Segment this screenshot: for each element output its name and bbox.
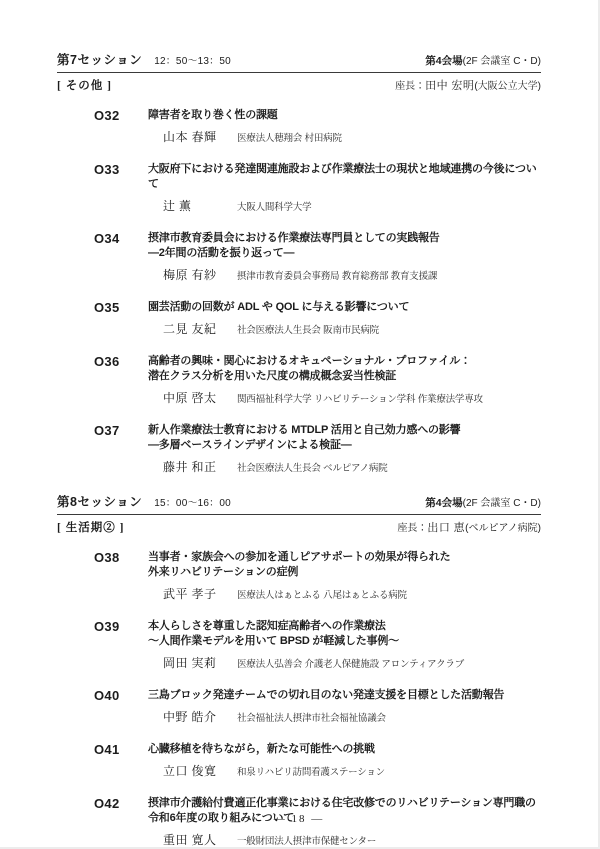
presenter-affiliation: 和泉リハビリ訪問看護ステーション bbox=[237, 766, 385, 780]
presenter-name: 岡田 実莉 bbox=[163, 656, 237, 670]
entry-number: O38 bbox=[94, 550, 148, 565]
presenter-affiliation: 関西福祉科学大学 リハビリテーション学科 作業療法学専攻 bbox=[237, 393, 483, 407]
entry-title: 当事者・家族会への参加を通しピアサポートの効果が得られた外来リハビリテーションの… bbox=[148, 550, 450, 580]
presenter-affiliation: 医療法人はぁとふる 八尾はぁとふる病院 bbox=[237, 589, 407, 603]
entry-title-line: 三島ブロック発達チームでの切れ目のない発達支援を目標とした活動報告 bbox=[148, 688, 504, 703]
entry-title-row: O41 心臓移植を待ちながら，新たな可能性への挑戦 bbox=[94, 742, 541, 757]
session-divider bbox=[57, 514, 541, 515]
program-entry: O37 新人作業療法士教育における MTDLP 活用と自己効力感への影響―多層ベ… bbox=[94, 423, 541, 476]
presenter-affiliation: 社会福祉法人摂津市社会福祉協議会 bbox=[237, 712, 386, 726]
entry-title: 摂津市教育委員会における作業療法専門員としての実践報告―2年間の活動を振り返って… bbox=[148, 231, 440, 261]
entry-title-row: O39 本人らしさを尊重した認知症高齢者への作業療法～人間作業モデルを用いて B… bbox=[94, 619, 541, 649]
entry-title-row: O34 摂津市教育委員会における作業療法専門員としての実践報告―2年間の活動を振… bbox=[94, 231, 541, 261]
entry-title-row: O40 三島ブロック発達チームでの切れ目のない発達支援を目標とした活動報告 bbox=[94, 688, 541, 703]
entry-number: O32 bbox=[94, 108, 148, 123]
chair-label: 座長： bbox=[395, 81, 425, 92]
session-venue: 第4会場(2F 会議室 C・D) bbox=[425, 52, 541, 68]
page-number: — 18 — bbox=[0, 813, 598, 825]
presenter-affiliation: 社会医療法人生長会 ベルピアノ病院 bbox=[237, 462, 387, 476]
sessions-container: 第7セッション 12：50～13：50 第4会場(2F 会議室 C・D) [ そ… bbox=[57, 50, 541, 849]
program-entry: O34 摂津市教育委員会における作業療法専門員としての実践報告―2年間の活動を振… bbox=[94, 231, 541, 284]
session-header-left: 第7セッション 12：50～13：50 bbox=[57, 50, 231, 68]
entry-title-line: 摂津市介護給付費適正化事業における住宅改修でのリハビリテーション専門職の bbox=[148, 796, 536, 811]
program-entry: O39 本人らしさを尊重した認知症高齢者への作業療法～人間作業モデルを用いて B… bbox=[94, 619, 541, 672]
chair-name: 田中 宏明 bbox=[425, 80, 474, 92]
entry-number: O42 bbox=[94, 796, 148, 811]
entry-title: 新人作業療法士教育における MTDLP 活用と自己効力感への影響―多層ベースライ… bbox=[148, 423, 460, 453]
presenter-name: 立口 俊寛 bbox=[163, 764, 237, 778]
entry-title-line: 心臓移植を待ちながら，新たな可能性への挑戦 bbox=[148, 742, 375, 757]
session-chair: 座長：出口 恵(ベルピアノ病院) bbox=[397, 519, 541, 535]
session-venue-name: 第4会場 bbox=[425, 55, 462, 67]
entry-title-line: ～人間作業モデルを用いて BPSD が軽減した事例～ bbox=[148, 634, 399, 649]
entry-title-line: ―多層ベースラインデザインによる検証― bbox=[148, 438, 460, 453]
entry-title-line: 本人らしさを尊重した認知症高齢者への作業療法 bbox=[148, 619, 399, 634]
session-venue-room: (2F 会議室 C・D) bbox=[463, 498, 541, 509]
entry-title: 本人らしさを尊重した認知症高齢者への作業療法～人間作業モデルを用いて BPSD … bbox=[148, 619, 399, 649]
entry-title-row: O37 新人作業療法士教育における MTDLP 活用と自己効力感への影響―多層ベ… bbox=[94, 423, 541, 453]
entry-presenter-row: 中野 皓介 社会福祉法人摂津市社会福祉協議会 bbox=[94, 710, 541, 726]
presenter-affiliation: 医療法人穂翔会 村田病院 bbox=[237, 132, 342, 146]
entry-title-line: 当事者・家族会への参加を通しピアサポートの効果が得られた bbox=[148, 550, 450, 565]
presenter-affiliation: 社会医療法人生長会 阪南市民病院 bbox=[237, 324, 379, 338]
presenter-name: 中原 啓太 bbox=[163, 391, 237, 405]
entry-number: O34 bbox=[94, 231, 148, 246]
program-entry: O36 高齢者の興味・関心におけるオキュペーショナル・プロファイル：潜在クラス分… bbox=[94, 354, 541, 407]
session-venue: 第4会場(2F 会議室 C・D) bbox=[425, 494, 541, 510]
entry-presenter-row: 岡田 実莉 医療法人弘善会 介護老人保健施設 アロンティアクラブ bbox=[94, 656, 541, 672]
session-venue-room: (2F 会議室 C・D) bbox=[463, 56, 541, 67]
chair-affiliation: (大阪公立大学) bbox=[474, 81, 541, 92]
session-category: [ その他 ] bbox=[57, 77, 112, 93]
program-entry: O32 障害者を取り巻く性の課題 山本 春輝 医療法人穂翔会 村田病院 bbox=[94, 108, 541, 146]
entry-presenter-row: 藤井 和正 社会医療法人生長会 ベルピアノ病院 bbox=[94, 460, 541, 476]
entry-title-line: 大阪府下における発達関連施設および作業療法士の現状と地域連携の今後について bbox=[148, 162, 541, 192]
session-divider bbox=[57, 72, 541, 73]
presenter-affiliation: 摂津市教育委員会事務局 教育総務部 教育支援課 bbox=[237, 270, 437, 284]
entry-presenter-row: 山本 春輝 医療法人穂翔会 村田病院 bbox=[94, 130, 541, 146]
entry-number: O37 bbox=[94, 423, 148, 438]
entry-title: 高齢者の興味・関心におけるオキュペーショナル・プロファイル：潜在クラス分析を用い… bbox=[148, 354, 471, 384]
session-subheader: [ その他 ] 座長：田中 宏明(大阪公立大学) bbox=[57, 77, 541, 93]
entry-presenter-row: 中原 啓太 関西福祉科学大学 リハビリテーション学科 作業療法学専攻 bbox=[94, 391, 541, 407]
session-chair: 座長：田中 宏明(大阪公立大学) bbox=[395, 77, 541, 93]
session-entries: O32 障害者を取り巻く性の課題 山本 春輝 医療法人穂翔会 村田病院 O33 … bbox=[94, 108, 541, 476]
entry-title-line: 障害者を取り巻く性の課題 bbox=[148, 108, 278, 123]
presenter-affiliation: 大阪人間科学大学 bbox=[237, 201, 311, 215]
session-category: [ 生活期② ] bbox=[57, 519, 124, 535]
program-entry: O35 園芸活動の回数が ADL や QOL に与える影響について 二見 友紀 … bbox=[94, 300, 541, 338]
entry-title-row: O33 大阪府下における発達関連施設および作業療法士の現状と地域連携の今後につい… bbox=[94, 162, 541, 192]
presenter-name: 中野 皓介 bbox=[163, 710, 237, 724]
entry-title-line: 潜在クラス分析を用いた尺度の構成概念妥当性検証 bbox=[148, 369, 471, 384]
entry-presenter-row: 辻 薫 大阪人間科学大学 bbox=[94, 199, 541, 215]
session-header-left: 第8セッション 15：00～16：00 bbox=[57, 492, 231, 510]
session-title: 第7セッション bbox=[57, 50, 142, 68]
entry-title: 三島ブロック発達チームでの切れ目のない発達支援を目標とした活動報告 bbox=[148, 688, 504, 703]
entry-title: 大阪府下における発達関連施設および作業療法士の現状と地域連携の今後について bbox=[148, 162, 541, 192]
entry-presenter-row: 二見 友紀 社会医療法人生長会 阪南市民病院 bbox=[94, 322, 541, 338]
entry-number: O41 bbox=[94, 742, 148, 757]
entry-presenter-row: 立口 俊寛 和泉リハビリ訪問看護ステーション bbox=[94, 764, 541, 780]
presenter-affiliation: 一般財団法人摂津市保健センター bbox=[237, 835, 376, 849]
entry-title: 心臓移植を待ちながら，新たな可能性への挑戦 bbox=[148, 742, 375, 757]
presenter-name: 二見 友紀 bbox=[163, 322, 237, 336]
entry-presenter-row: 重田 寛人 一般財団法人摂津市保健センター bbox=[94, 833, 541, 849]
entry-title-row: O32 障害者を取り巻く性の課題 bbox=[94, 108, 541, 123]
session-time: 15：00～16：00 bbox=[154, 494, 231, 509]
program-entry: O41 心臓移植を待ちながら，新たな可能性への挑戦 立口 俊寛 和泉リハビリ訪問… bbox=[94, 742, 541, 780]
chair-name: 出口 恵 bbox=[427, 522, 465, 534]
entry-number: O40 bbox=[94, 688, 148, 703]
session-entries: O38 当事者・家族会への参加を通しピアサポートの効果が得られた外来リハビリテー… bbox=[94, 550, 541, 849]
session-header: 第8セッション 15：00～16：00 第4会場(2F 会議室 C・D) bbox=[57, 492, 541, 510]
entry-title-line: 園芸活動の回数が ADL や QOL に与える影響について bbox=[148, 300, 409, 315]
chair-label: 座長： bbox=[397, 523, 427, 534]
session-block: 第7セッション 12：50～13：50 第4会場(2F 会議室 C・D) [ そ… bbox=[57, 50, 541, 476]
entry-title-line: 摂津市教育委員会における作業療法専門員としての実践報告 bbox=[148, 231, 440, 246]
entry-title-row: O38 当事者・家族会への参加を通しピアサポートの効果が得られた外来リハビリテー… bbox=[94, 550, 541, 580]
presenter-name: 重田 寛人 bbox=[163, 833, 237, 847]
session-header: 第7セッション 12：50～13：50 第4会場(2F 会議室 C・D) bbox=[57, 50, 541, 68]
entry-title-line: 高齢者の興味・関心におけるオキュペーショナル・プロファイル： bbox=[148, 354, 471, 369]
presenter-name: 武平 孝子 bbox=[163, 587, 237, 601]
presenter-name: 辻 薫 bbox=[163, 199, 237, 213]
session-title: 第8セッション bbox=[57, 492, 142, 510]
entry-title-line: 外来リハビリテーションの症例 bbox=[148, 565, 450, 580]
presenter-name: 藤井 和正 bbox=[163, 460, 237, 474]
entry-title-line: ―2年間の活動を振り返って― bbox=[148, 246, 440, 261]
session-time: 12：50～13：50 bbox=[154, 52, 231, 67]
entry-title: 園芸活動の回数が ADL や QOL に与える影響について bbox=[148, 300, 409, 315]
entry-number: O39 bbox=[94, 619, 148, 634]
presenter-name: 山本 春輝 bbox=[163, 130, 237, 144]
entry-presenter-row: 武平 孝子 医療法人はぁとふる 八尾はぁとふる病院 bbox=[94, 587, 541, 603]
entry-presenter-row: 梅原 有紗 摂津市教育委員会事務局 教育総務部 教育支援課 bbox=[94, 268, 541, 284]
program-entry: O40 三島ブロック発達チームでの切れ目のない発達支援を目標とした活動報告 中野… bbox=[94, 688, 541, 726]
entry-number: O36 bbox=[94, 354, 148, 369]
session-venue-name: 第4会場 bbox=[425, 497, 462, 509]
entry-title-row: O36 高齢者の興味・関心におけるオキュペーショナル・プロファイル：潜在クラス分… bbox=[94, 354, 541, 384]
program-entry: O38 当事者・家族会への参加を通しピアサポートの効果が得られた外来リハビリテー… bbox=[94, 550, 541, 603]
session-subheader: [ 生活期② ] 座長：出口 恵(ベルピアノ病院) bbox=[57, 519, 541, 535]
entry-number: O35 bbox=[94, 300, 148, 315]
program-entry: O33 大阪府下における発達関連施設および作業療法士の現状と地域連携の今後につい… bbox=[94, 162, 541, 215]
program-page: 第7セッション 12：50～13：50 第4会場(2F 会議室 C・D) [ そ… bbox=[0, 0, 600, 849]
entry-title-row: O35 園芸活動の回数が ADL や QOL に与える影響について bbox=[94, 300, 541, 315]
session-block: 第8セッション 15：00～16：00 第4会場(2F 会議室 C・D) [ 生… bbox=[57, 492, 541, 849]
chair-affiliation: (ベルピアノ病院) bbox=[465, 523, 541, 534]
presenter-name: 梅原 有紗 bbox=[163, 268, 237, 282]
entry-title: 障害者を取り巻く性の課題 bbox=[148, 108, 278, 123]
entry-number: O33 bbox=[94, 162, 148, 177]
entry-title-line: 新人作業療法士教育における MTDLP 活用と自己効力感への影響 bbox=[148, 423, 460, 438]
presenter-affiliation: 医療法人弘善会 介護老人保健施設 アロンティアクラブ bbox=[237, 658, 464, 672]
